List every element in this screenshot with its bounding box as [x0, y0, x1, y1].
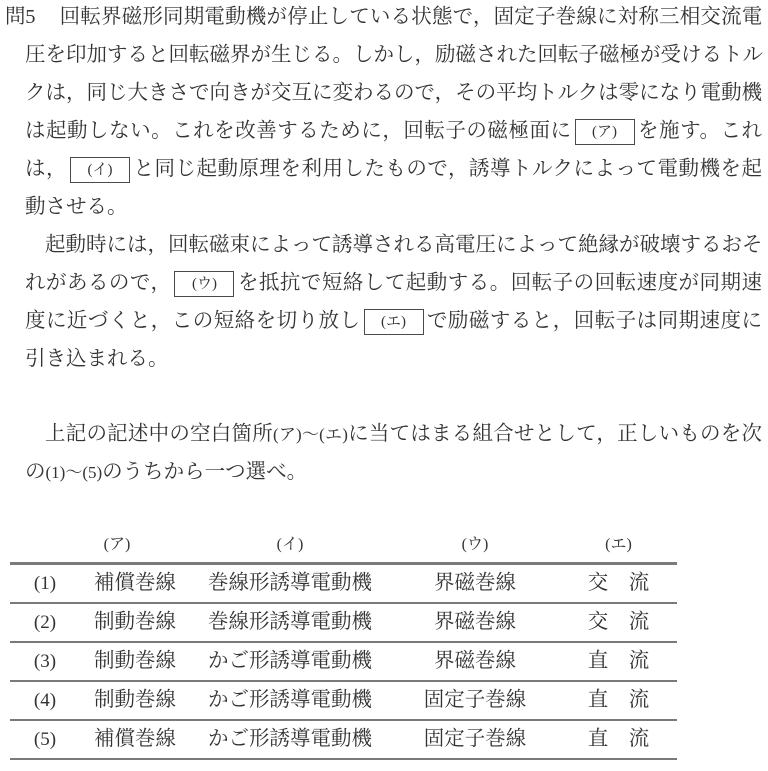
header-spacer: [10, 527, 80, 562]
text-line-2: 圧を印加すると回転磁界が生じる。しかし，励磁された回転子磁極が受けるトル: [25, 36, 762, 74]
option-number: (2): [10, 604, 80, 641]
question-number: 問5: [5, 0, 35, 36]
cell-a: 制動巻線: [80, 643, 190, 680]
cell-i: かご形誘導電動機: [190, 721, 390, 758]
line-text: 上記の記述中の空白箇所: [45, 423, 273, 445]
cell-i: 巻線形誘導電動機: [190, 604, 390, 641]
cell-e: 直 流: [560, 682, 677, 719]
line-text: 回転界磁形同期電動機が停止している状態で，固定子巻線に対称三相交流電: [59, 6, 762, 28]
text-line-9: 度に近づくと，この短絡を切り放し(エ)で励磁すると，回転子は同期速度に: [25, 302, 762, 340]
question-text-block: 問5回転界磁形同期電動機が停止している状態で，固定子巻線に対称三相交流電 圧を印…: [25, 0, 762, 491]
line-text: を施す。これ: [638, 120, 762, 142]
blank-box-i: (イ): [70, 157, 130, 183]
option-number: (1): [10, 565, 80, 602]
line-text: は，: [25, 158, 67, 180]
options-table: (ア) (イ) (ウ) (エ) (1) 補償巻線 巻線形誘導電動機 界磁巻線 交…: [10, 527, 677, 760]
table-header-a: (ア): [80, 527, 190, 562]
line-text: に当てはまる組合せとして，正しいものを次: [348, 423, 762, 445]
cell-u: 固定子巻線: [390, 682, 560, 719]
header-label: (ア): [104, 536, 131, 553]
table-header-e: (エ): [560, 527, 677, 562]
text-line-11: 上記の記述中の空白箇所(ア)～(エ)に当てはまる組合せとして，正しいものを次: [25, 415, 762, 453]
text-line-10: 引き込まれる。: [25, 340, 762, 378]
line-text: で励磁すると，回転子は同期速度に: [427, 310, 763, 332]
text-line-4: は起動しない。これを改善するために，回転子の磁極面に(ア)を施す。これ: [25, 112, 762, 150]
cell-a: 制動巻線: [80, 682, 190, 719]
text-line-1: 問5回転界磁形同期電動機が停止している状態で，固定子巻線に対称三相交流電: [5, 0, 762, 36]
cell-a: 制動巻線: [80, 604, 190, 641]
table-row-4: (4) 制動巻線 かご形誘導電動機 固定子巻線 直 流: [10, 682, 677, 721]
cell-i: 巻線形誘導電動機: [190, 565, 390, 602]
cell-e: 交 流: [560, 604, 677, 641]
table-header-u: (ウ): [390, 527, 560, 562]
option-number: (3): [10, 643, 80, 680]
blank-box-a: (ア): [575, 119, 635, 145]
cell-i: かご形誘導電動機: [190, 682, 390, 719]
table-header-row: (ア) (イ) (ウ) (エ): [10, 527, 677, 562]
table-row-1: (1) 補償巻線 巻線形誘導電動機 界磁巻線 交 流: [10, 565, 677, 604]
text-line-7: 起動時には，回転磁束によって誘導される高電圧によって絶縁が破壊するおそ: [25, 226, 762, 264]
cell-a: 補償巻線: [80, 721, 190, 758]
cell-a: 補償巻線: [80, 565, 190, 602]
option-number: (4): [10, 682, 80, 719]
line-text: と同じ起動原理を利用したもので，誘導トルクによって電動機を起: [133, 158, 762, 180]
cell-e: 直 流: [560, 721, 677, 758]
line-text: の: [25, 461, 46, 483]
line-text: れがあるので，: [25, 272, 171, 294]
text-line-6: 動させる。: [25, 188, 762, 226]
cell-u: 界磁巻線: [390, 604, 560, 641]
line-text: を抵抗で短絡して起動する。回転子の回転速度が同期速: [237, 272, 762, 294]
line-text: のうちから一つ選べ。: [102, 461, 307, 483]
cell-u: 固定子巻線: [390, 721, 560, 758]
table-row-2: (2) 制動巻線 巻線形誘導電動機 界磁巻線 交 流: [10, 604, 677, 643]
cell-e: 交 流: [560, 565, 677, 602]
cell-i: かご形誘導電動機: [190, 643, 390, 680]
table-row-3: (3) 制動巻線 かご形誘導電動機 界磁巻線 直 流: [10, 643, 677, 682]
text-line-3: クは，同じ大きさで向きが交互に変わるので，その平均トルクは零になり電動機: [25, 74, 762, 112]
option-refs: (1)～(5): [46, 463, 103, 482]
text-line-12: の(1)～(5)のうちから一つ選べ。: [25, 453, 762, 491]
blank-box-e: (エ): [364, 309, 424, 335]
table-header-i: (イ): [190, 527, 390, 562]
cell-u: 界磁巻線: [390, 643, 560, 680]
exam-page: 問5回転界磁形同期電動機が停止している状態で，固定子巻線に対称三相交流電 圧を印…: [0, 0, 768, 771]
table-row-5: (5) 補償巻線 かご形誘導電動機 固定子巻線 直 流: [10, 721, 677, 760]
text-line-5: は，(イ)と同じ起動原理を利用したもので，誘導トルクによって電動機を起: [25, 150, 762, 188]
option-number: (5): [10, 721, 80, 758]
cell-u: 界磁巻線: [390, 565, 560, 602]
line-text: は起動しない。これを改善するために，回転子の磁極面に: [25, 120, 572, 142]
blank-box-u: (ウ): [174, 271, 234, 297]
text-line-8: れがあるので，(ウ)を抵抗で短絡して起動する。回転子の回転速度が同期速: [25, 264, 762, 302]
blank-refs: (ア)～(エ): [273, 425, 348, 444]
cell-e: 直 流: [560, 643, 677, 680]
line-text: 度に近づくと，この短絡を切り放し: [25, 310, 361, 332]
